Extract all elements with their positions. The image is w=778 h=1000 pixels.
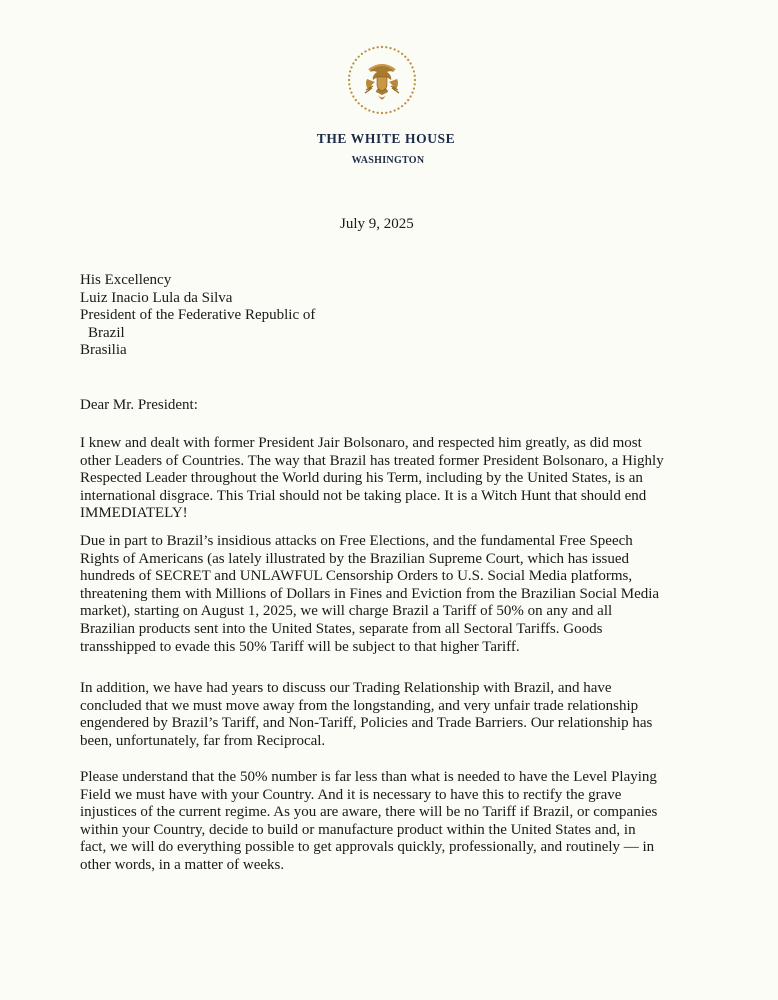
- paragraph-line: Respected Leader throughout the World du…: [80, 470, 760, 488]
- paragraph-line: within your Country, decide to build or …: [80, 822, 760, 840]
- paragraph-line: other words, in a matter of weeks.: [80, 857, 760, 875]
- paragraph-line: engendered by Brazil’s Tariff, and Non-T…: [80, 715, 760, 733]
- recipient-line: Brasilia: [80, 342, 315, 360]
- presidential-seal-icon: [345, 43, 419, 117]
- paragraph-3: In addition, we have had years to discus…: [80, 680, 760, 750]
- paragraph-line: market), starting on August 1, 2025, we …: [80, 603, 760, 621]
- paragraph-line: fact, we will do everything possible to …: [80, 839, 760, 857]
- recipient-line: President of the Federative Republic of: [80, 307, 315, 325]
- paragraph-line: hundreds of SECRET and UNLAWFUL Censorsh…: [80, 568, 760, 586]
- paragraph-line: other Leaders of Countries. The way that…: [80, 453, 760, 471]
- paragraph-line: transshipped to evade this 50% Tariff wi…: [80, 639, 760, 657]
- paragraph-line: I knew and dealt with former President J…: [80, 435, 760, 453]
- letterhead-subtitle: WASHINGTON: [0, 155, 778, 166]
- recipient-line: Brazil: [80, 325, 315, 343]
- letterhead-title: THE WHITE HOUSE: [0, 131, 778, 147]
- paragraph-line: Field we must have with your Country. An…: [80, 787, 760, 805]
- paragraph-line: In addition, we have had years to discus…: [80, 680, 760, 698]
- paragraph-line: Brazilian products sent into the United …: [80, 621, 760, 639]
- paragraph-4: Please understand that the 50% number is…: [80, 769, 760, 875]
- recipient-address: His Excellency Luiz Inacio Lula da Silva…: [80, 272, 315, 360]
- letter-page: THE WHITE HOUSE WASHINGTON July 9, 2025 …: [0, 0, 778, 1000]
- paragraph-line: Please understand that the 50% number is…: [80, 769, 760, 787]
- paragraph-line: Due in part to Brazil’s insidious attack…: [80, 533, 760, 551]
- paragraph-line: injustices of the current regime. As you…: [80, 804, 760, 822]
- recipient-line: His Excellency: [80, 272, 315, 290]
- paragraph-line: international disgrace. This Trial shoul…: [80, 488, 760, 506]
- recipient-line: Luiz Inacio Lula da Silva: [80, 290, 315, 308]
- salutation: Dear Mr. President:: [80, 397, 198, 414]
- paragraph-line: Rights of Americans (as lately illustrat…: [80, 551, 760, 569]
- paragraph-line: concluded that we must move away from th…: [80, 698, 760, 716]
- paragraph-line: threatening them with Millions of Dollar…: [80, 586, 760, 604]
- paragraph-1: I knew and dealt with former President J…: [80, 435, 760, 523]
- paragraph-2: Due in part to Brazil’s insidious attack…: [80, 533, 760, 656]
- paragraph-line: IMMEDIATELY!: [80, 505, 760, 523]
- paragraph-line: been, unfortunately, far from Reciprocal…: [80, 733, 760, 751]
- letter-date: July 9, 2025: [340, 216, 414, 233]
